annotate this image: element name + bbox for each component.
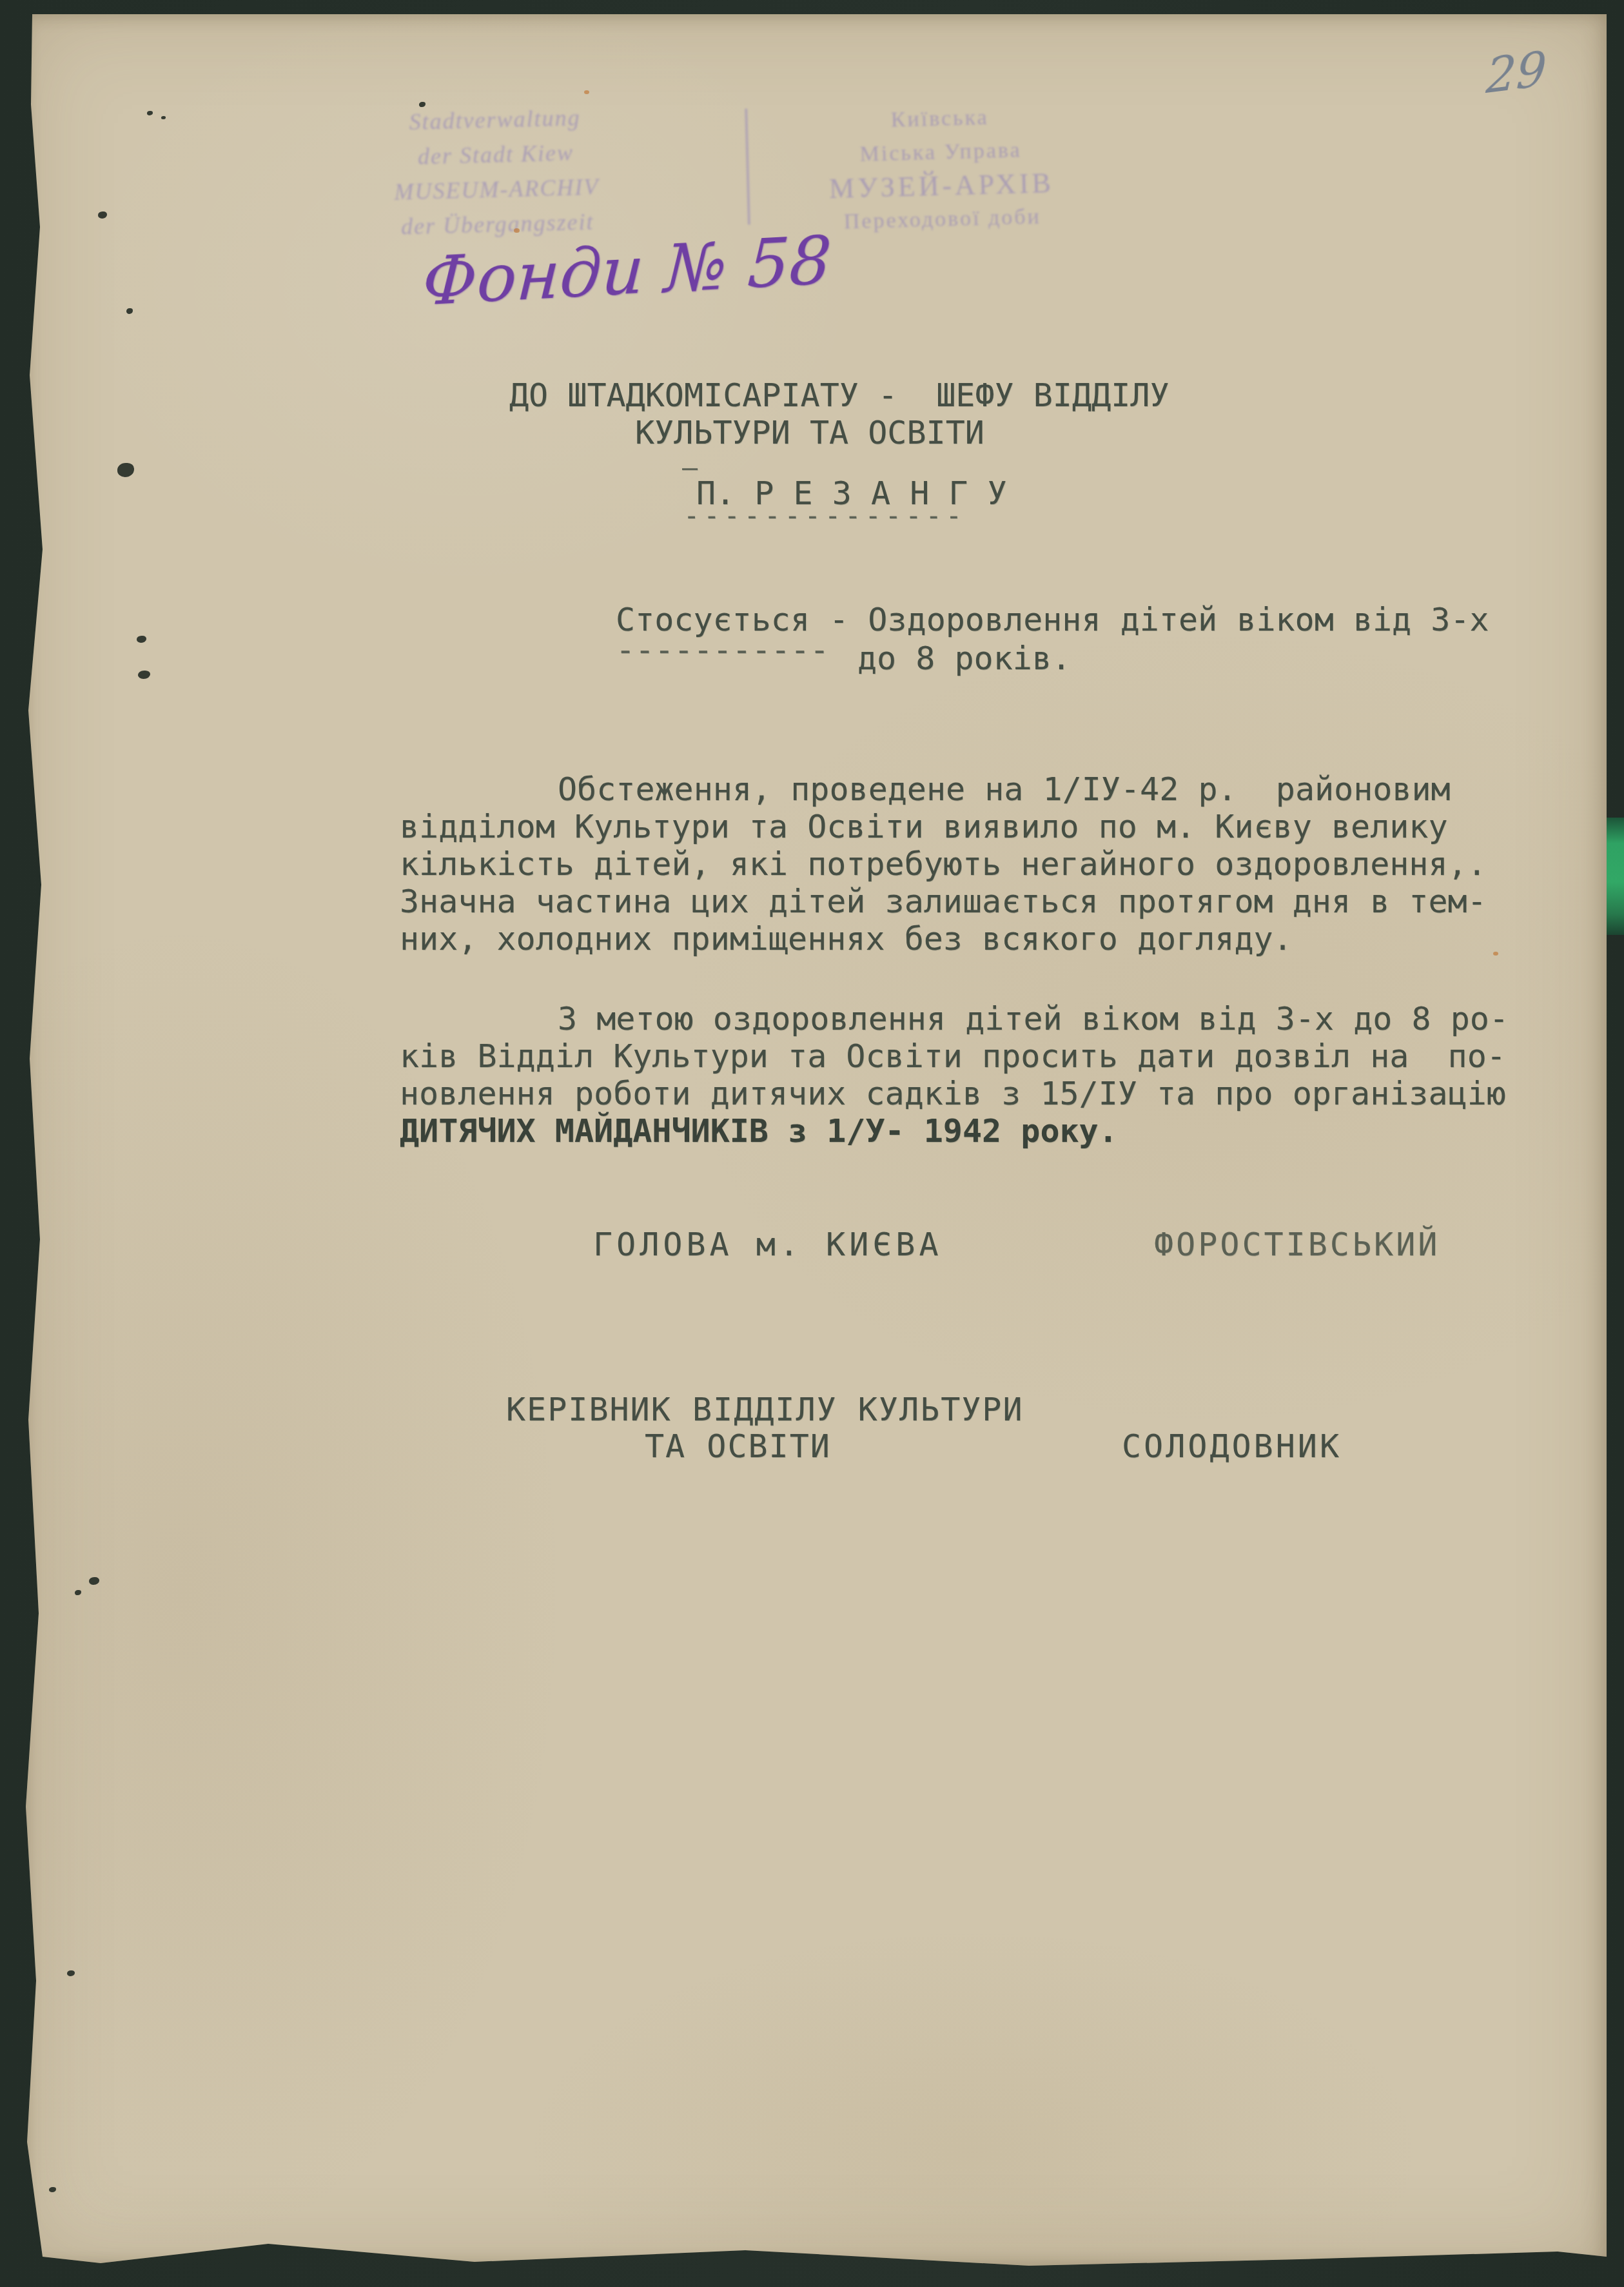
recipient-line-1: ДО ШТАДКОМІСАРІАТУ - ШЕФУ ВІДДІЛУ [509,377,1169,413]
recipient-line-2: КУЛЬТУРИ ТА ОСВІТИ [635,415,984,451]
body-line: Обстеження, проведене на 1/ІУ-42 р. райо… [558,771,1451,807]
subject-dashes: ----------- [616,632,829,668]
signature-name: ФОРОСТІВСЬКИЙ [1154,1226,1440,1262]
stamp-left-column: Stadtverwaltung der Stadt Kiew MUSEUM-AR… [301,97,691,247]
body-line: кількість дітей, які потребують негайног… [400,846,1487,882]
body-line: новлення роботи дитячих садків з 15/ІУ т… [400,1075,1506,1112]
recipient-underline: -------------- [683,498,966,534]
signature-name: СОЛОДОВНИК [1122,1428,1342,1464]
body-line: ДИТЯЧИХ МАЙДАНЧИКІВ з 1/У- 1942 року. [400,1113,1118,1149]
body-line: З метою оздоровлення дітей віком від 3-х… [558,1001,1509,1037]
signature-title-line2: ТА ОСВІТИ [645,1428,831,1464]
rust-fleck [514,228,520,233]
recipient-dash: — [682,450,698,486]
body-line: них, холодних приміщеннях без всякого до… [400,921,1293,957]
body-line: Значна частина цих дітей залишається про… [400,883,1487,919]
signature-title: ГОЛОВА м. КИЄВА [593,1226,943,1262]
page-number-handwritten: 29 [1485,41,1548,105]
stamp-divider-line [745,108,750,224]
rust-fleck [584,90,589,94]
body-line: відділом Культури та Освіти виявило по м… [400,809,1448,845]
signature-title: КЕРІВНИК ВІДДІЛУ КУЛЬТУРИ [506,1391,1024,1428]
document-scan: 29 Stadtverwaltung der Stadt Kiew MUSEUM… [0,0,1624,2287]
stamp-right-column: Київська Міська Управа МУЗЕЙ-АРХІВ Перех… [765,98,1117,241]
rust-fleck [1493,952,1498,956]
subject-line-2: до 8 років. [857,640,1071,676]
body-line: ків Відділ Культури та Освіти просить да… [400,1038,1506,1074]
